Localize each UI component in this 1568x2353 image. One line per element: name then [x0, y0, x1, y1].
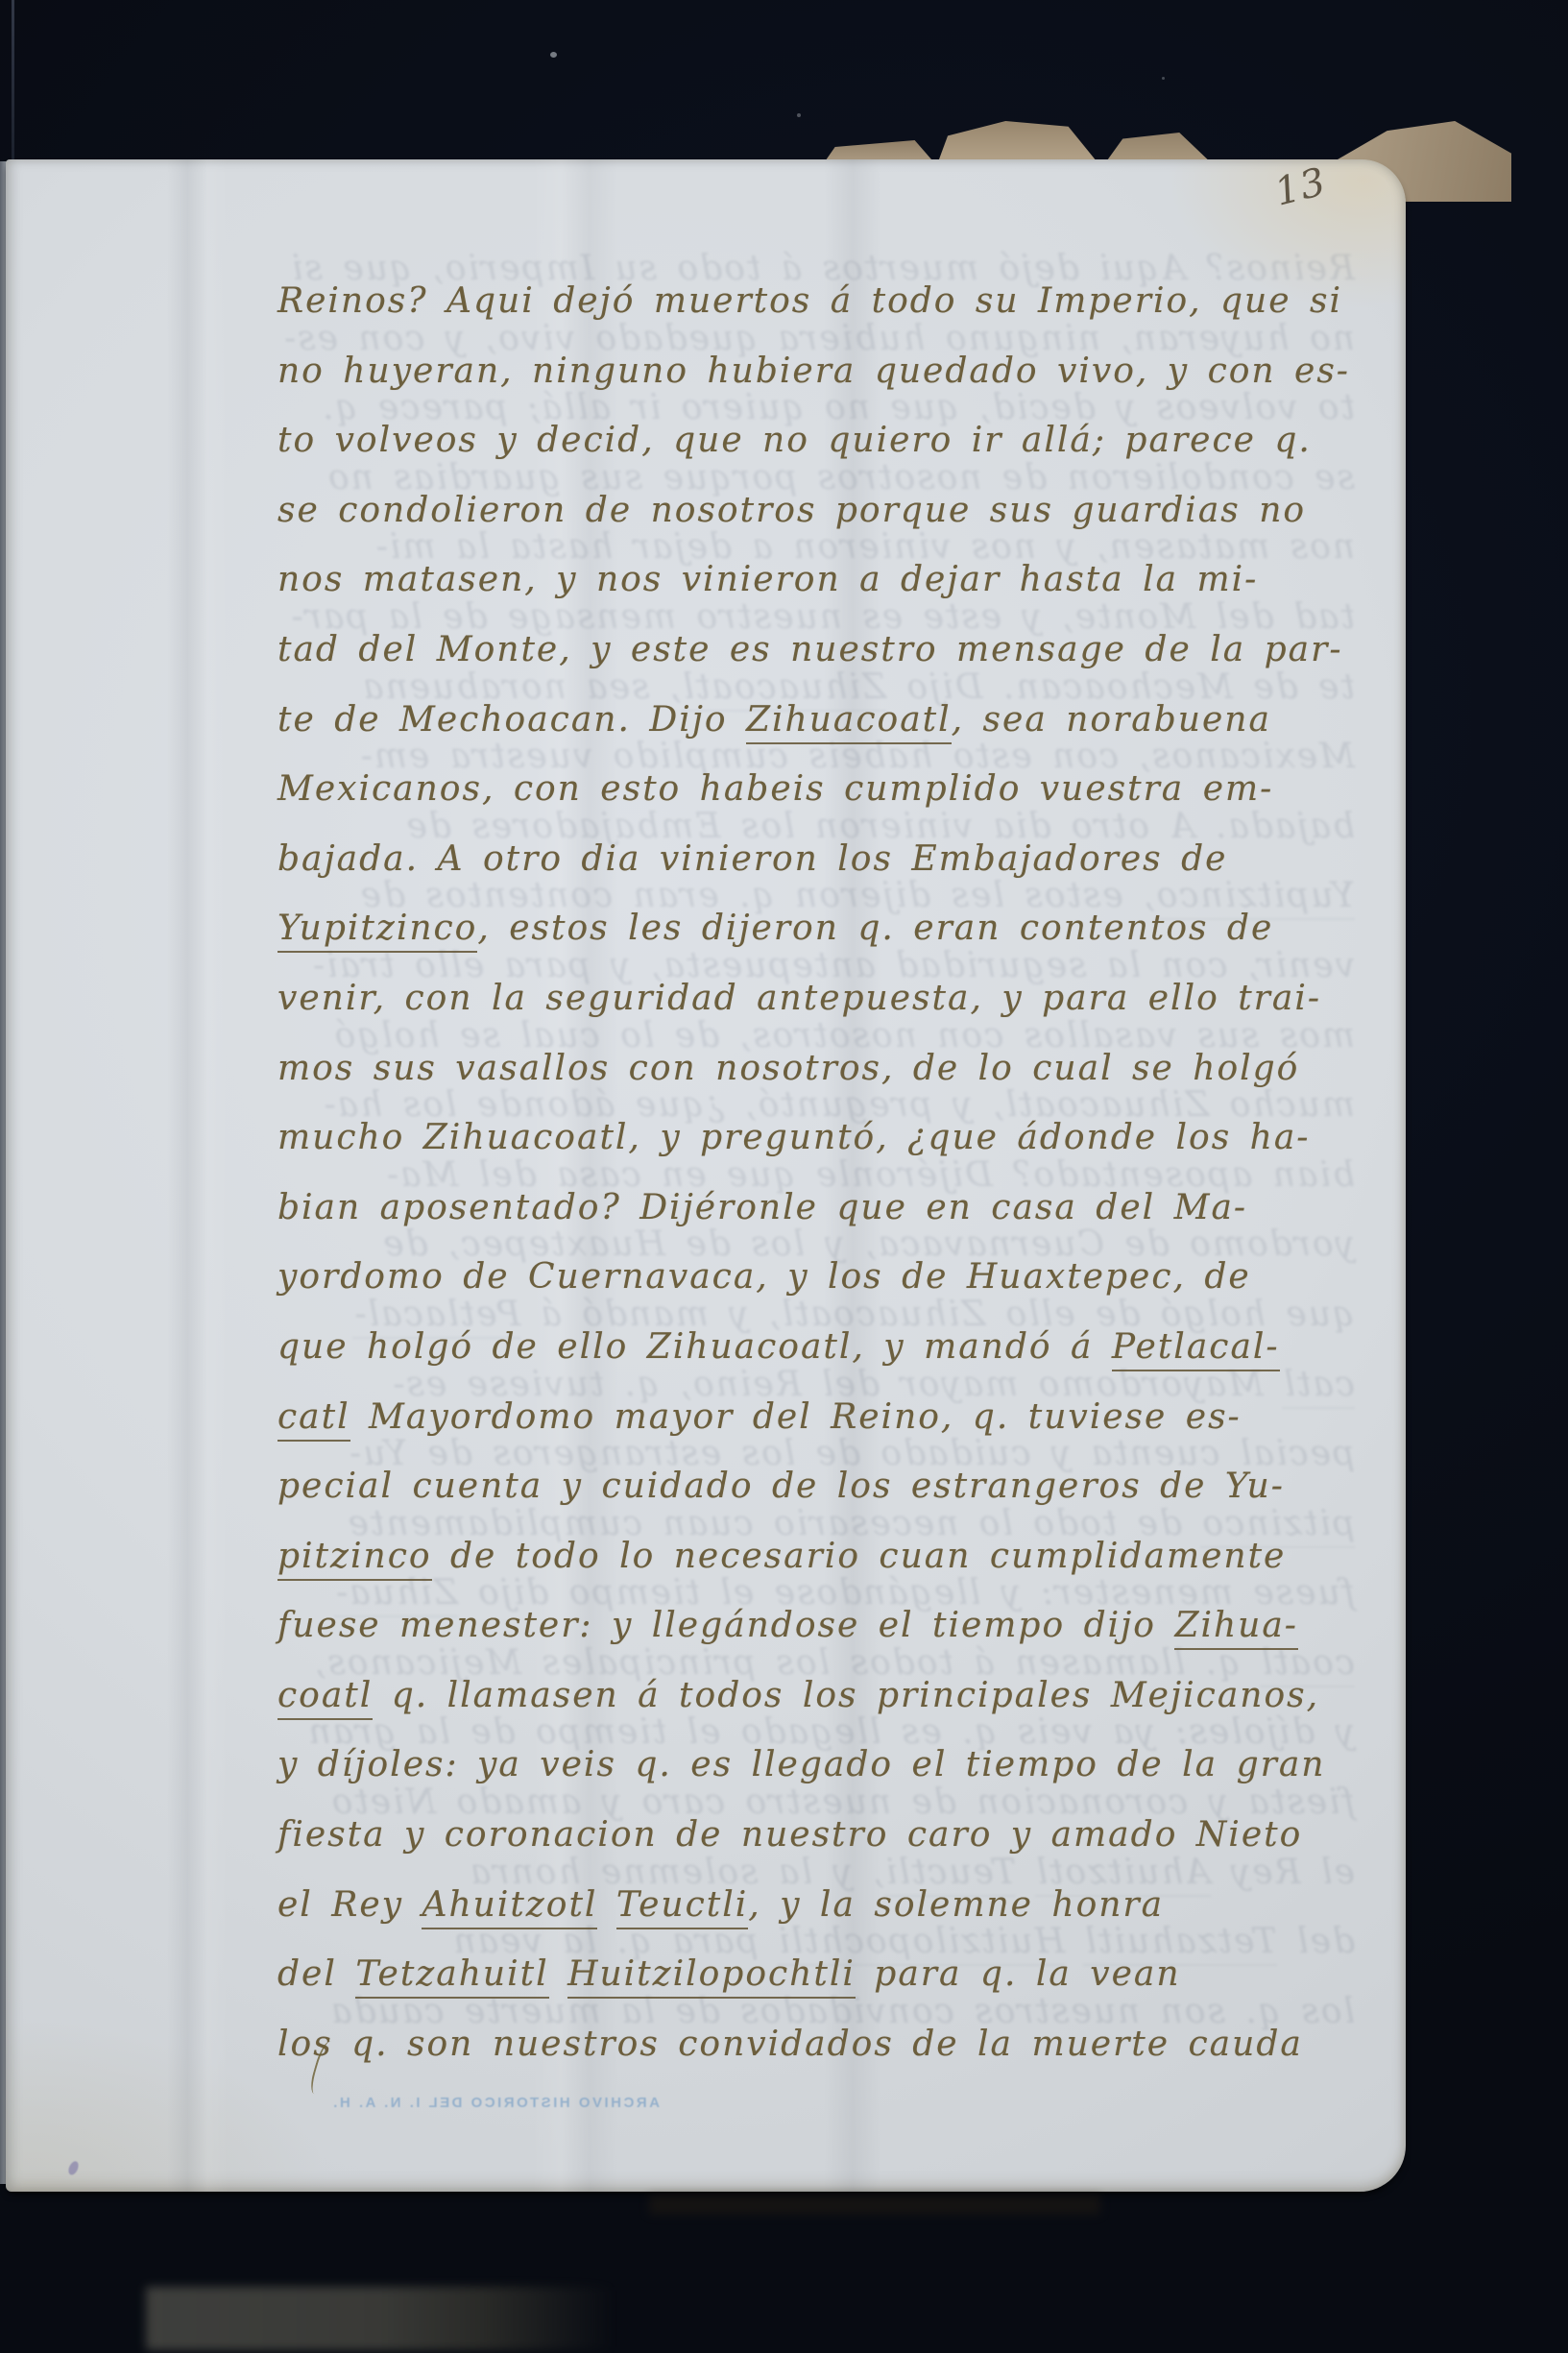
- photographed-manuscript: Reinos? Aqui dejó muertos á todo su Impe…: [0, 0, 1568, 2353]
- manuscript-line: nos matasen, y nos vinieron a dejar hast…: [277, 546, 1355, 616]
- manuscript-line: Reinos? Aqui dejó muertos á todo su Impe…: [277, 267, 1355, 337]
- underlined-word: Zihuacoatl: [746, 700, 952, 744]
- line-text: pecial cuenta y cuidado de los estranger…: [277, 1467, 1285, 1506]
- manuscript-line: y díjoles: ya veis q. es llegado el tiem…: [277, 1731, 1355, 1801]
- line-text: del: [277, 1954, 355, 1994]
- underlined-word: pitzinco: [277, 1537, 432, 1581]
- line-text: Mexicanos, con esto habeis cumplido vues…: [277, 769, 1273, 809]
- manuscript-line: mucho Zihuacoatl, y preguntó, ¿que ádond…: [277, 1104, 1355, 1174]
- line-text: nos matasen, y nos vinieron a dejar hast…: [277, 560, 1258, 599]
- line-text: se condolieron de nosotros porque sus gu…: [277, 491, 1306, 530]
- manuscript-line: del Tetzahuitl Huitzilopochtli para q. l…: [277, 1940, 1355, 2010]
- line-text: bajada. A otro dia vinieron los Embajado…: [277, 839, 1227, 879]
- line-text: de todo lo necesario cuan cumplidamente: [432, 1537, 1287, 1576]
- manuscript-line: catl Mayordomo mayor del Reino, q. tuvie…: [277, 1383, 1355, 1453]
- manuscript-line: bajada. A otro dia vinieron los Embajado…: [277, 825, 1355, 895]
- line-text: , sea norabuena: [952, 700, 1271, 740]
- line-text: te de Mechoacan. Dijo: [277, 700, 746, 740]
- manuscript-line: pecial cuenta y cuidado de los estranger…: [277, 1452, 1355, 1522]
- underlined-word: Teuctli: [616, 1885, 748, 1929]
- paper-crease: [167, 159, 229, 2192]
- line-text: fiesta y coronacion de nuestro caro y am…: [277, 1815, 1302, 1855]
- underlined-word: Zihua-: [1174, 1606, 1298, 1650]
- manuscript-line: Yupitzinco, estos les dijeron q. eran co…: [277, 894, 1355, 964]
- manuscript-line: pitzinco de todo lo necesario cuan cumpl…: [277, 1522, 1355, 1592]
- manuscript-line: venir, con la seguridad antepuesta, y pa…: [277, 964, 1355, 1034]
- line-text: venir, con la seguridad antepuesta, y pa…: [277, 979, 1321, 1018]
- fabric-patch: [146, 2287, 615, 2350]
- line-text: y díjoles: ya veis q. es llegado el tiem…: [277, 1745, 1325, 1784]
- line-text: Reinos? Aqui dejó muertos á todo su Impe…: [277, 281, 1342, 321]
- manuscript-line: los q. son nuestros convidados de la mue…: [277, 2010, 1355, 2080]
- line-text: bian aposentado? Dijéronle que en casa d…: [277, 1188, 1247, 1227]
- dust-speck: [1187, 538, 1190, 541]
- manuscript-line: coatl q. llamasen á todos los principale…: [277, 1662, 1355, 1732]
- manuscript-line: Mexicanos, con esto habeis cumplido vues…: [277, 755, 1355, 825]
- manuscript-line: to volveos y decid, que no quiero ir all…: [277, 406, 1355, 476]
- manuscript-line: fiesta y coronacion de nuestro caro y am…: [277, 1801, 1355, 1871]
- line-text: , y la solemne honra: [748, 1885, 1164, 1925]
- line-text: el Rey: [277, 1885, 422, 1925]
- manuscript-page: Reinos? Aqui dejó muertos á todo su Impe…: [6, 159, 1406, 2192]
- underlined-word: coatl: [277, 1676, 373, 1720]
- line-text: tad del Monte, y este es nuestro mensage…: [277, 630, 1343, 669]
- line-text: to volveos y decid, que no quiero ir all…: [277, 421, 1312, 460]
- underlined-word: Huitzilopochtli: [567, 1954, 856, 1999]
- line-text: [549, 1954, 567, 1994]
- line-text: para q. la vean: [856, 1954, 1181, 1994]
- underlined-word: Tetzahuitl: [355, 1954, 548, 1999]
- manuscript-line: el Rey Ahuitzotl Teuctli, y la solemne h…: [277, 1871, 1355, 1941]
- manuscript-line: te de Mechoacan. Dijo Zihuacoatl, sea no…: [277, 686, 1355, 756]
- line-text: mos sus vasallos con nosotros, de lo cua…: [277, 1049, 1299, 1088]
- underlined-word: Ahuitzotl: [422, 1885, 597, 1929]
- manuscript-line: fuese menester: y llegándose el tiempo d…: [277, 1591, 1355, 1662]
- manuscript-line: que holgó de ello Zihuacoatl, y mandó á …: [277, 1313, 1355, 1383]
- manuscript-line: se condolieron de nosotros porque sus gu…: [277, 476, 1355, 546]
- line-text: que holgó de ello Zihuacoatl, y mandó á: [277, 1327, 1112, 1367]
- dust-speck: [1162, 77, 1165, 80]
- manuscript-line: mos sus vasallos con nosotros, de lo cua…: [277, 1034, 1355, 1104]
- line-text: yordomo de Cuernavaca, y los de Huaxtepe…: [277, 1257, 1251, 1297]
- line-text: mucho Zihuacoatl, y preguntó, ¿que ádond…: [277, 1118, 1310, 1157]
- book-cover-edge-highlight: [12, 0, 14, 163]
- manuscript-line: no huyeran, ninguno hubiera quedado vivo…: [277, 337, 1355, 407]
- ink-blot: [66, 2160, 80, 2176]
- handwriting-layer: Reinos? Aqui dejó muertos á todo su Impe…: [277, 267, 1355, 2079]
- manuscript-line: bian aposentado? Dijéronle que en casa d…: [277, 1174, 1355, 1244]
- line-text: los q. son nuestros convidados de la mue…: [277, 2025, 1303, 2064]
- archive-stamp-bleedthrough: ARCHIVO HISTORICO DEL I. N. A. H.: [389, 2095, 660, 2111]
- underlined-word: Petlacal-: [1112, 1327, 1280, 1371]
- line-text: [597, 1885, 615, 1925]
- line-text: fuese menester: y llegándose el tiempo d…: [277, 1606, 1174, 1645]
- underlined-word: catl: [277, 1397, 350, 1442]
- underlined-word: Yupitzinco: [277, 909, 477, 953]
- dust-speck: [797, 113, 801, 117]
- line-text: q. llamasen á todos los principales Meji…: [373, 1676, 1319, 1715]
- manuscript-line: tad del Monte, y este es nuestro mensage…: [277, 616, 1355, 686]
- page-under-shadow: [649, 2195, 1100, 2215]
- manuscript-line: yordomo de Cuernavaca, y los de Huaxtepe…: [277, 1243, 1355, 1313]
- line-text: no huyeran, ninguno hubiera quedado vivo…: [277, 352, 1350, 391]
- page-number: 13: [1270, 159, 1330, 214]
- line-text: , estos les dijeron q. eran contentos de: [477, 909, 1273, 948]
- line-text: Mayordomo mayor del Reino, q. tuviese es…: [350, 1397, 1242, 1437]
- dust-speck: [550, 52, 557, 58]
